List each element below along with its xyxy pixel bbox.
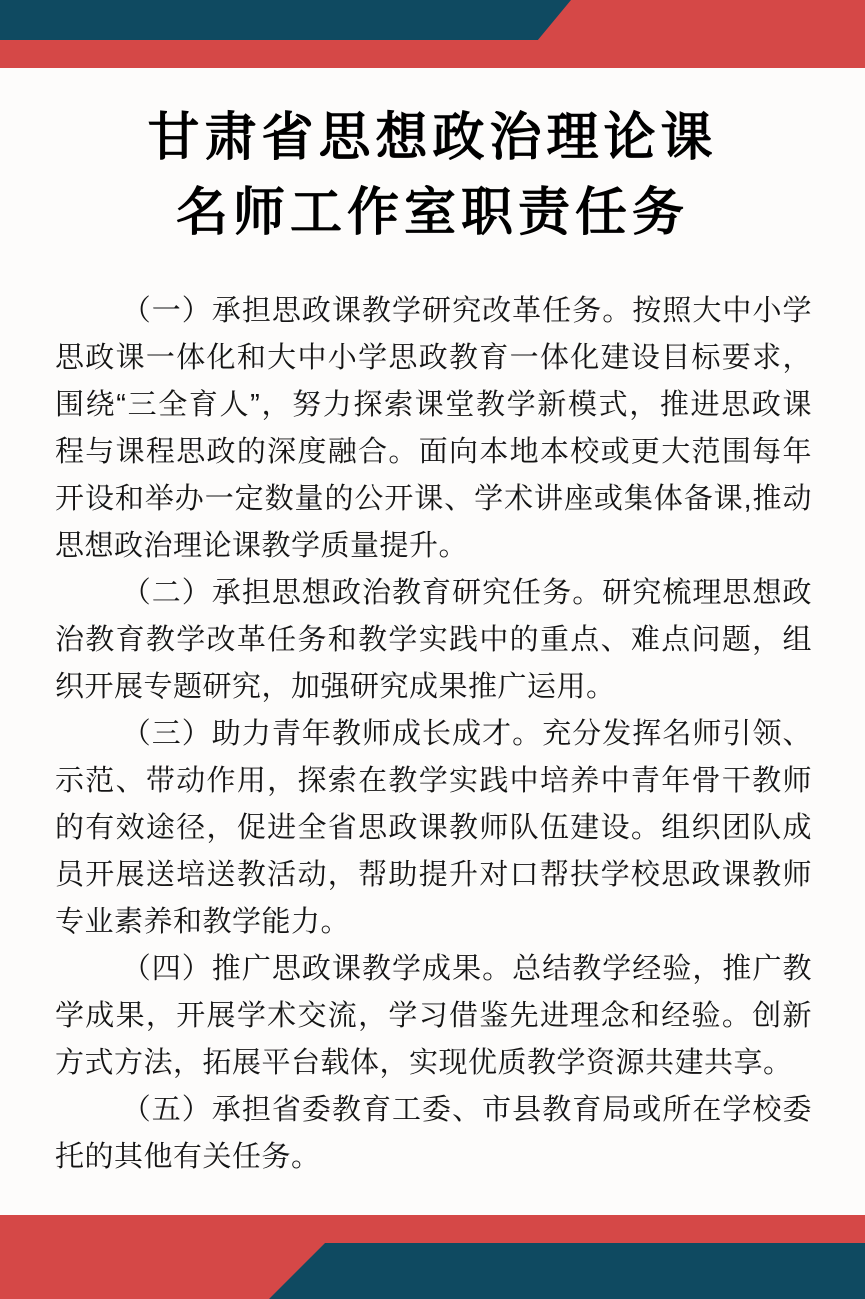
body-text: （一）承担思政课教学研究改革任务。按照大中小学思政课一体化和大中小学思政教育一体…	[55, 288, 812, 1181]
poster-page: 甘肃省思想政治理论课 名师工作室职责任务 （一）承担思政课教学研究改革任务。按照…	[0, 0, 865, 1299]
top-teal-ribbon	[0, 0, 571, 40]
page-title: 甘肃省思想政治理论课 名师工作室职责任务	[0, 101, 865, 251]
title-line-2: 名师工作室职责任务	[0, 176, 865, 251]
bottom-teal-ribbon	[269, 1243, 865, 1299]
paragraph: （三）助力青年教师成长成才。充分发挥名师引领、示范、带动作用，探索在教学实践中培…	[55, 711, 812, 946]
paragraph: （四）推广思政课教学成果。总结教学经验，推广教学成果，开展学术交流，学习借鉴先进…	[55, 946, 812, 1087]
title-line-1: 甘肃省思想政治理论课	[0, 101, 865, 176]
paragraph: （二）承担思想政治教育研究任务。研究梳理思想政治教育教学改革任务和教学实践中的重…	[55, 570, 812, 711]
paragraph: （一）承担思政课教学研究改革任务。按照大中小学思政课一体化和大中小学思政教育一体…	[55, 288, 812, 570]
paragraph: （五）承担省委教育工委、市县教育局或所在学校委托的其他有关任务。	[55, 1087, 812, 1181]
